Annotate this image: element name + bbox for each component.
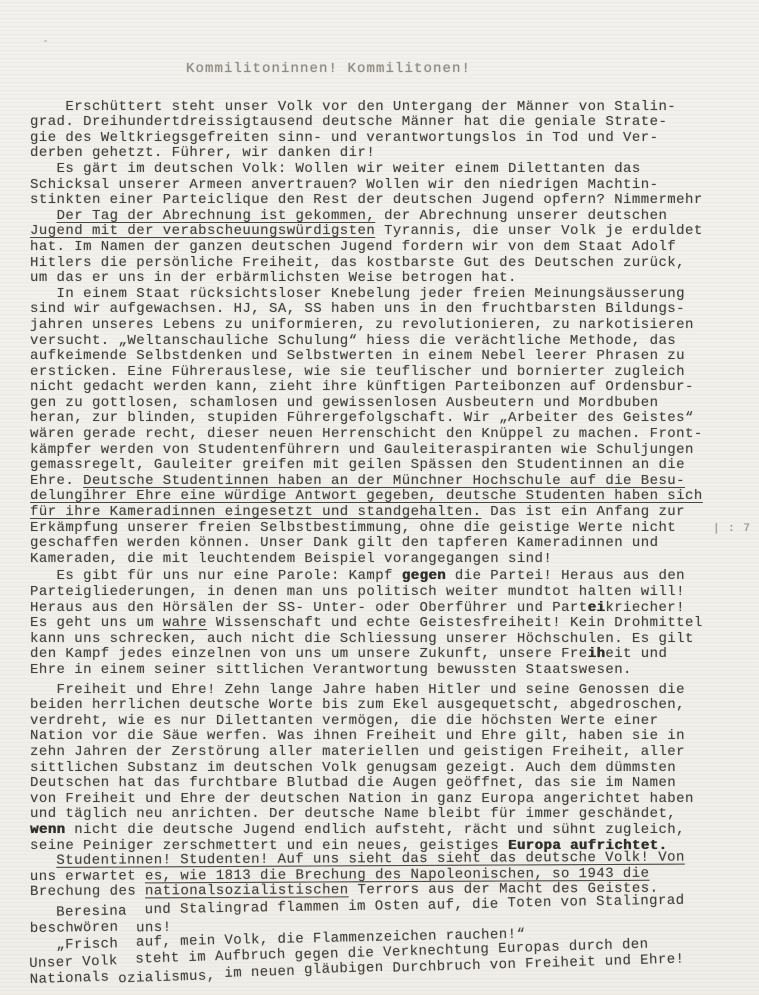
text-line: delungihrer Ehre eine würdige Antwort ge… — [30, 489, 745, 505]
text-segment: kann uns schrecken, auch nicht die Schli… — [30, 631, 694, 647]
paragraph: In einem Staat rücksichtsloser Knebelung… — [30, 287, 745, 568]
text-segment: geschaffen werden können. Unser Dank gil… — [30, 535, 658, 551]
text-segment: ozialismus, — [118, 967, 216, 986]
text-segment: Der Tag der Abrechnung ist gekommen, — [57, 208, 376, 224]
text-line: Erkämpfung unserer freien Selbstbestimmu… — [30, 521, 745, 537]
text-line: Parteigliederungen, in denen man uns pol… — [30, 585, 745, 601]
text-line: grad. Dreihundertdreissigtausend deutsch… — [30, 115, 745, 131]
text-segment: Es gibt für uns nur eine Parole: Kampf — [30, 568, 402, 584]
text-line: Heraus aus den Hörsälen der SS- Unter- o… — [30, 601, 745, 617]
text-segment: wären gerade recht, dieser neuen Herrens… — [30, 426, 703, 442]
text-line: von Freiheit und Ehre der deutschen Nati… — [30, 792, 745, 808]
text-segment: versucht. „Weltanschauliche Schulung“ hi… — [30, 333, 676, 349]
text-line: wären gerade recht, dieser neuen Herrens… — [30, 427, 745, 443]
text-line: verdreht, wie es nur Dilettanten vermöge… — [30, 714, 745, 730]
text-line: In einem Staat rücksichtsloser Knebelung… — [30, 287, 745, 303]
text-line: Es gibt für uns nur eine Parole: Kampf g… — [30, 569, 745, 585]
text-segment: Das ist ein Anfang zur — [481, 504, 685, 520]
text-segment: Schicksal unserer Armeen anvertrauen? Wo… — [30, 177, 658, 193]
text-line: wenn nicht die deutsche Jugend endlich a… — [30, 823, 745, 839]
text-segment: jahren unseres Lebens zu uniformieren, z… — [30, 317, 694, 333]
text-segment: aufkeimende Selbstdenken und Selbstwerte… — [30, 348, 685, 364]
text-segment: Deutsche Studentinnen haben an der Münch… — [83, 473, 685, 489]
text-segment: gemassregelt, Gauleiter greifen mit geil… — [30, 457, 685, 473]
text-segment: nicht gedacht werden kann, zieht ihre kü… — [30, 379, 694, 395]
text-segment: Wissenschaft und echte Geistesfreiheit! … — [207, 615, 703, 631]
text-segment: Jugend mit der verabscheuungswürdigsten — [30, 223, 375, 239]
text-line: ersticken. Eine Führerauslese, wie sie t… — [30, 365, 745, 381]
text-segment: von Freiheit und Ehre der deutschen Nati… — [30, 791, 694, 807]
text-segment: Ehre. — [30, 473, 83, 489]
text-segment: nicht die deutsche Jugend endlich aufste… — [65, 822, 685, 838]
text-line: Ehre in einem seiner sittlichen Verantwo… — [30, 663, 745, 679]
text-line: Deutschen hat das furchtbare Blutbad die… — [30, 776, 745, 792]
text-line: sind wir aufgewachsen. HJ, SA, SS haben … — [30, 302, 745, 318]
text-line: Hitlers die persönliche Freiheit, das ko… — [30, 256, 745, 272]
text-segment — [30, 208, 57, 224]
text-segment: wenn — [30, 822, 65, 838]
text-segment: kämpfer werden von Studentenführern und … — [30, 442, 694, 458]
text-line: Erschüttert steht unser Volk vor den Unt… — [30, 100, 745, 116]
text-segment: Hitlers die persönliche Freiheit, das ko… — [30, 255, 685, 271]
text-segment: Es geht uns um — [30, 615, 163, 631]
text-line: um das er uns in der erbärmlichsten Weis… — [30, 271, 745, 287]
text-segment: eit und — [605, 646, 667, 662]
text-segment: delungihrer Ehre eine würdige Antwort ge… — [30, 488, 703, 504]
text-segment: Tyrannis, die unser Volk je erduldet — [375, 223, 703, 239]
text-segment: uns erwartet — [30, 868, 145, 885]
text-line: für ihre Kameradinnen eingesetzt und sta… — [30, 505, 745, 521]
text-segment: sittlichen Substanz im deutschen Volk ge… — [30, 760, 676, 776]
leaflet-page: Kommilitoninnen! Kommilitonen! Erschütte… — [0, 0, 759, 995]
text-segment: Unser Volk — [29, 952, 136, 971]
text-segment: kriecher! — [605, 600, 685, 616]
document-title: Kommilitoninnen! Kommilitonen! — [186, 62, 745, 78]
text-line: Kameraden, die mit leuchtendem Beispiel … — [30, 552, 745, 568]
text-line: gemassregelt, Gauleiter greifen mit geil… — [30, 458, 745, 474]
text-line: jahren unseres Lebens zu uniformieren, z… — [30, 318, 745, 334]
text-line: sittlichen Substanz im deutschen Volk ge… — [30, 761, 745, 777]
text-segment: Deutschen hat das furchtbare Blutbad die… — [30, 775, 676, 791]
text-line: heran, zur blinden, stupiden Führergefol… — [30, 411, 745, 427]
text-segment: und täglich neu anrichten. Der deutsche … — [30, 806, 676, 822]
text-line: derben gehetzt. Führer, wir danken dir! — [30, 146, 745, 162]
text-segment: hat. Im Namen der ganzen deutschen Jugen… — [30, 239, 676, 255]
text-segment: Ehre in einem seiner sittlichen Verantwo… — [30, 662, 632, 678]
text-segment: Heraus aus den Hörsälen der SS- Unter- o… — [30, 600, 588, 616]
text-line: kämpfer werden von Studentenführern und … — [30, 443, 745, 459]
text-segment: Toten von Stalingrad — [507, 893, 684, 912]
text-segment: „Frisch — [30, 936, 137, 954]
text-line: geschaffen werden können. Unser Dank gil… — [30, 536, 745, 552]
text-segment: im neuen — [215, 963, 304, 982]
text-segment — [30, 853, 57, 869]
text-segment: Nationals — [29, 968, 118, 987]
text-segment: beschwören — [30, 919, 136, 937]
paragraph: Es gibt für uns nur eine Parole: Kampf g… — [30, 569, 745, 678]
document-body: Erschüttert steht unser Volk vor den Unt… — [30, 100, 745, 988]
text-segment: grad. Dreihundertdreissigtausend deutsch… — [30, 114, 667, 130]
text-line: Es geht uns um wahre Wissenschaft und ec… — [30, 616, 745, 632]
text-segment: Erkämpfung unserer freien Selbstbestimmu… — [30, 520, 676, 536]
text-line: den Kampf jedes einzelnen von uns um uns… — [30, 647, 745, 663]
text-line: hat. Im Namen der ganzen deutschen Jugen… — [30, 240, 745, 256]
text-segment: Nation vor die Säue werfen. Was ihnen Fr… — [30, 728, 685, 744]
text-segment: gegen — [402, 568, 446, 584]
paragraph: Erschüttert steht unser Volk vor den Unt… — [30, 100, 745, 162]
text-segment: In einem Staat rücksichtsloser Knebelung… — [30, 286, 685, 302]
text-segment: beiden herrlichen deutsche Worte bis zum… — [30, 697, 685, 713]
text-segment: verdreht, wie es nur Dilettanten vermöge… — [30, 713, 658, 729]
text-line: Nation vor die Säue werfen. Was ihnen Fr… — [30, 729, 745, 745]
text-segment: Brechung des — [30, 884, 145, 901]
text-segment: gläubigen — [304, 959, 393, 978]
text-line: versucht. „Weltanschauliche Schulung“ hi… — [30, 334, 745, 350]
text-segment: ersticken. Eine Führerauslese, wie sie t… — [30, 364, 685, 380]
text-segment: derben gehetzt. Führer, wir danken dir! — [30, 145, 375, 161]
text-line: und täglich neu anrichten. Der deutsche … — [30, 807, 745, 823]
text-segment: der Abrechnung unserer deutschen — [375, 208, 667, 224]
text-segment: um das er uns in der erbärmlichsten Weis… — [30, 270, 517, 286]
text-segment: stinkten einer Parteiclique den Rest der… — [30, 192, 703, 208]
text-line: Jugend mit der verabscheuungswürdigsten … — [30, 224, 745, 240]
paragraph: Freiheit und Ehre! Zehn lange Jahre habe… — [30, 683, 745, 855]
text-line: Es gärt im deutschen Volk: Wollen wir we… — [30, 162, 745, 178]
text-segment: Erschüttert steht unser Volk vor den Unt… — [30, 99, 676, 115]
text-line: Freiheit und Ehre! Zehn lange Jahre habe… — [30, 683, 745, 699]
text-segment: den Kampf jedes einzelnen von uns um uns… — [30, 646, 588, 662]
text-segment: sind wir aufgewachsen. HJ, SA, SS haben … — [30, 301, 685, 317]
text-line: aufkeimende Selbstdenken und Selbstwerte… — [30, 349, 745, 365]
text-line: nicht gedacht werden kann, zieht ihre kü… — [30, 380, 745, 396]
text-line: stinkten einer Parteiclique den Rest der… — [30, 193, 745, 209]
text-segment: Parteigliederungen, in denen man uns pol… — [30, 584, 685, 600]
text-segment: Kameraden, die mit leuchtendem Beispiel … — [30, 551, 552, 567]
text-segment: ei — [588, 600, 606, 616]
text-segment: Es gärt im deutschen Volk: Wollen wir we… — [30, 161, 641, 177]
text-line: beiden herrlichen deutsche Worte bis zum… — [30, 698, 745, 714]
text-line: zehn Jahren der Zerstörung aller materie… — [30, 745, 745, 761]
paper-speck — [44, 40, 47, 42]
text-segment: ih — [588, 646, 606, 662]
text-segment: die Partei! Heraus aus den — [446, 568, 685, 584]
right-edge-mark: | : 7 — [713, 522, 751, 538]
text-segment: heran, zur blinden, stupiden Führergefol… — [30, 410, 694, 426]
text-segment: zehn Jahren der Zerstörung aller materie… — [30, 744, 685, 760]
text-line: Schicksal unserer Armeen anvertrauen? Wo… — [30, 178, 745, 194]
text-segment: gie des Weltkriegsgefreiten sinn- und ve… — [30, 130, 658, 146]
text-line: Der Tag der Abrechnung ist gekommen, der… — [30, 209, 745, 225]
text-segment: nationalsozialistischen — [145, 883, 349, 900]
paragraph: Der Tag der Abrechnung ist gekommen, der… — [30, 209, 745, 287]
text-segment: gen zu gottlosen, schamlosen und gewisse… — [30, 395, 658, 411]
text-segment: für ihre Kameradinnen eingesetzt und sta… — [30, 504, 481, 520]
text-segment: wahre — [163, 615, 207, 631]
paragraph: Es gärt im deutschen Volk: Wollen wir we… — [30, 162, 745, 209]
text-segment: Freiheit und Ehre! Zehn lange Jahre habe… — [30, 682, 685, 698]
